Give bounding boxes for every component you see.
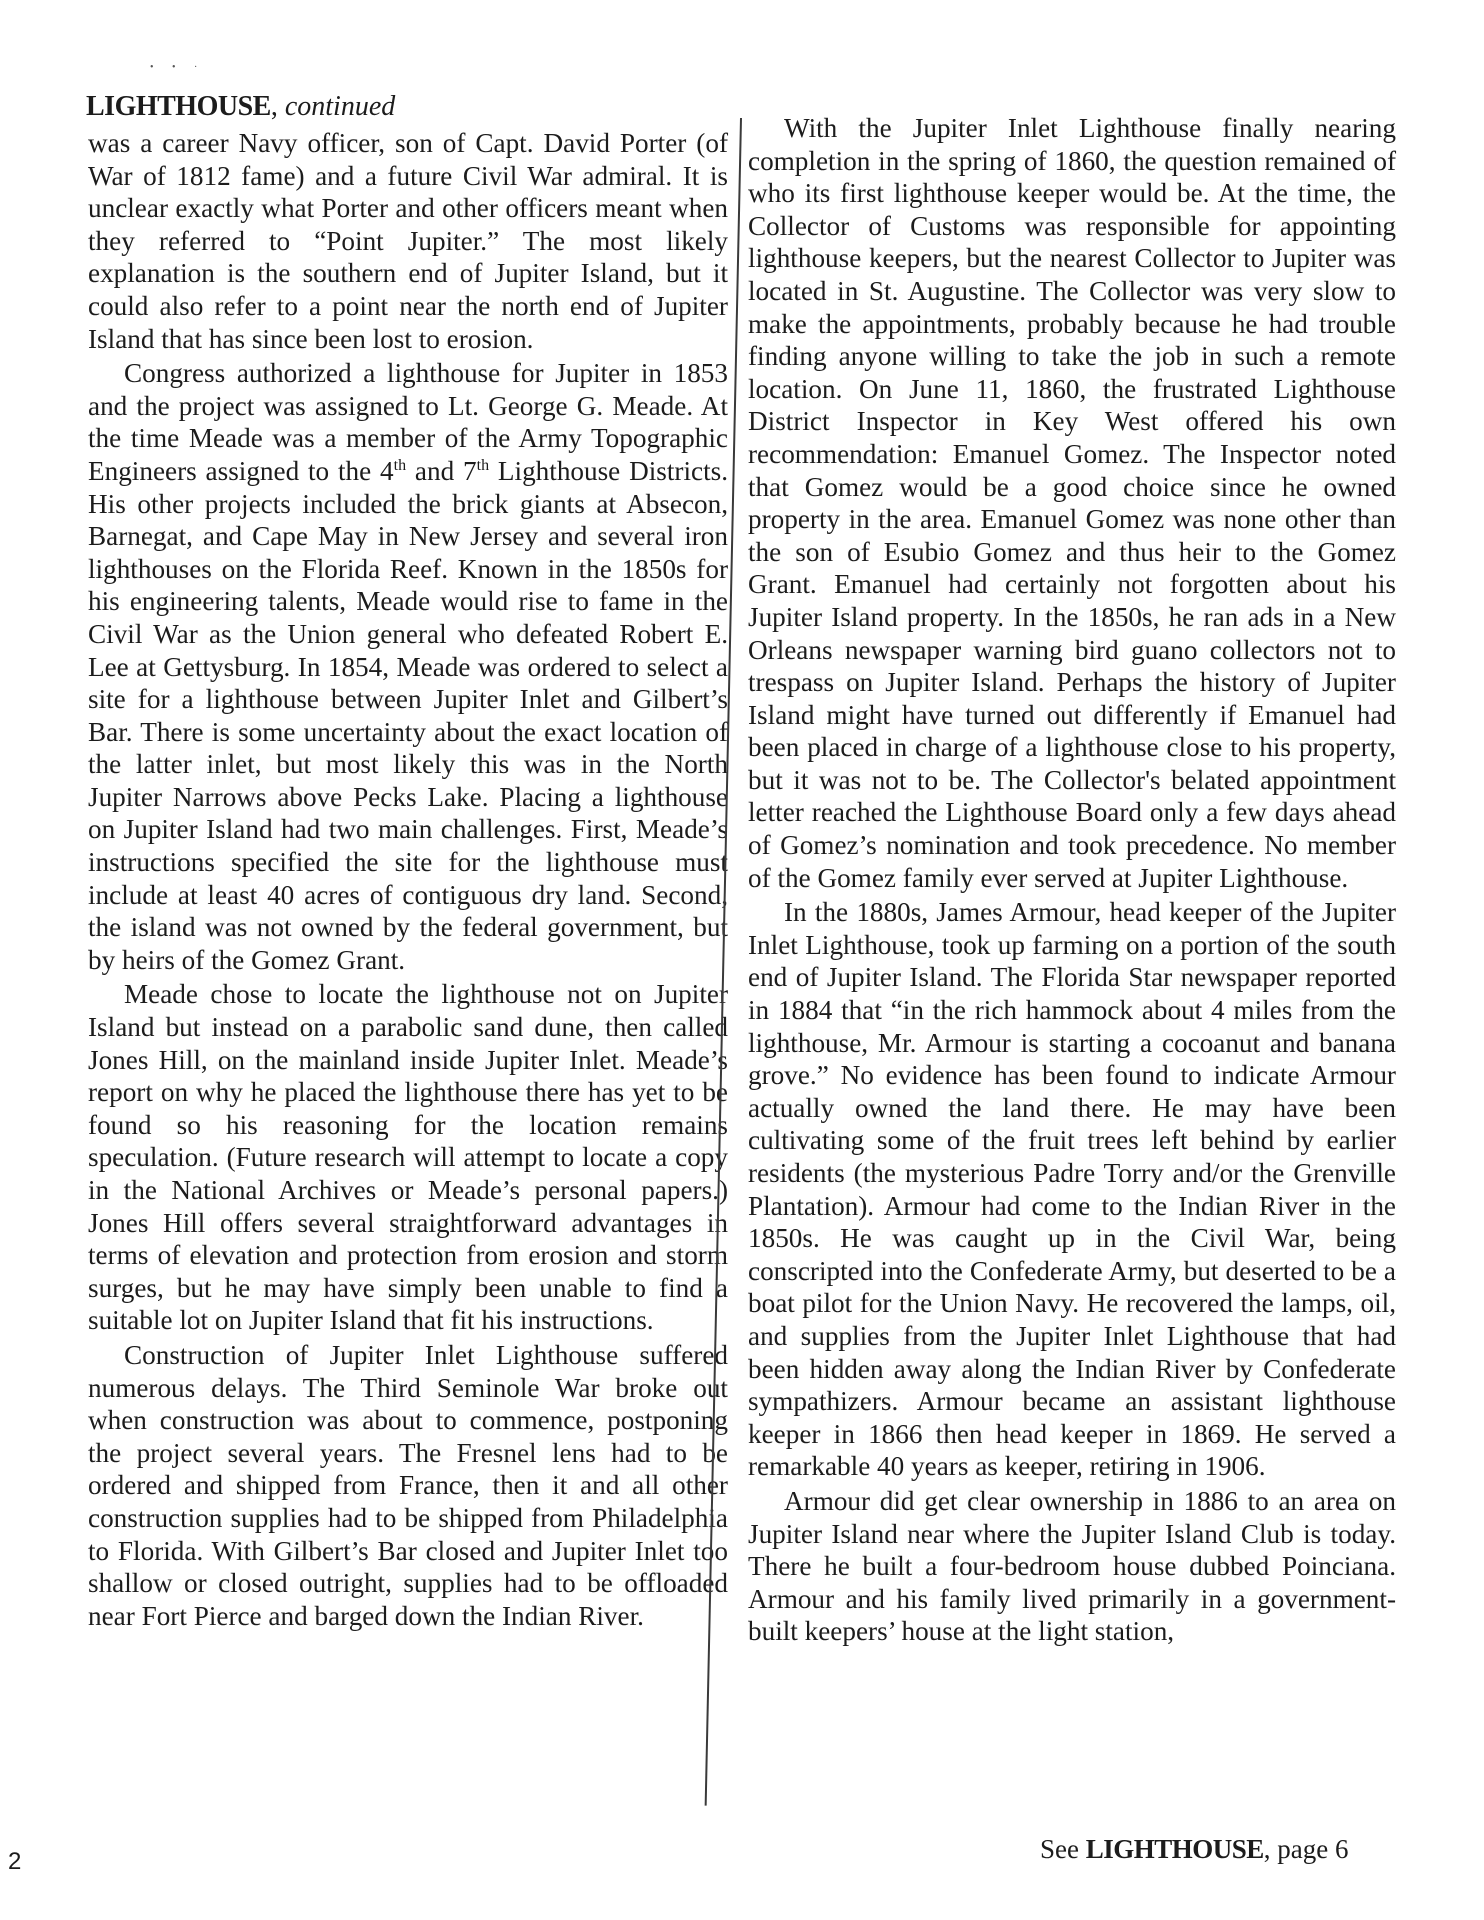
right-column: With the Jupiter Inlet Lighthouse finall… [748,112,1396,1650]
scan-specks: • • · [150,62,205,73]
paragraph: Congress authorized a lighthouse for Jup… [88,357,728,976]
continuation-suffix: , page 6 [1264,1834,1349,1864]
continuation-target: LIGHTHOUSE [1086,1834,1264,1864]
header-separator: , [271,91,285,122]
page-number: 2 [8,1848,21,1876]
ordinal-suffix: th [477,457,489,474]
paragraph-text: and [406,456,463,486]
paragraph-text: Lighthouse Districts. His other projects… [88,456,728,975]
ordinal-suffix: th [394,457,406,474]
header-subtitle: continued [285,91,395,122]
paragraph: was a career Navy officer, son of Capt. … [88,127,728,355]
paragraph: With the Jupiter Inlet Lighthouse finall… [748,112,1396,894]
paragraph: Construction of Jupiter Inlet Lighthouse… [88,1339,728,1632]
continuation-prefix: See [1040,1834,1086,1864]
ordinal: 7 [463,456,477,486]
left-column: was a career Navy officer, son of Capt. … [88,127,728,1634]
continuation-reference: See LIGHTHOUSE, page 6 [1040,1834,1349,1865]
article-header: LIGHTHOUSE, continued [86,90,395,124]
paragraph: In the 1880s, James Armour, head keeper … [748,896,1396,1483]
ordinal: 4 [380,456,394,486]
paragraph: Armour did get clear ownership in 1886 t… [748,1485,1396,1648]
paragraph: Meade chose to locate the lighthouse not… [88,978,728,1337]
header-title: LIGHTHOUSE [86,91,271,122]
